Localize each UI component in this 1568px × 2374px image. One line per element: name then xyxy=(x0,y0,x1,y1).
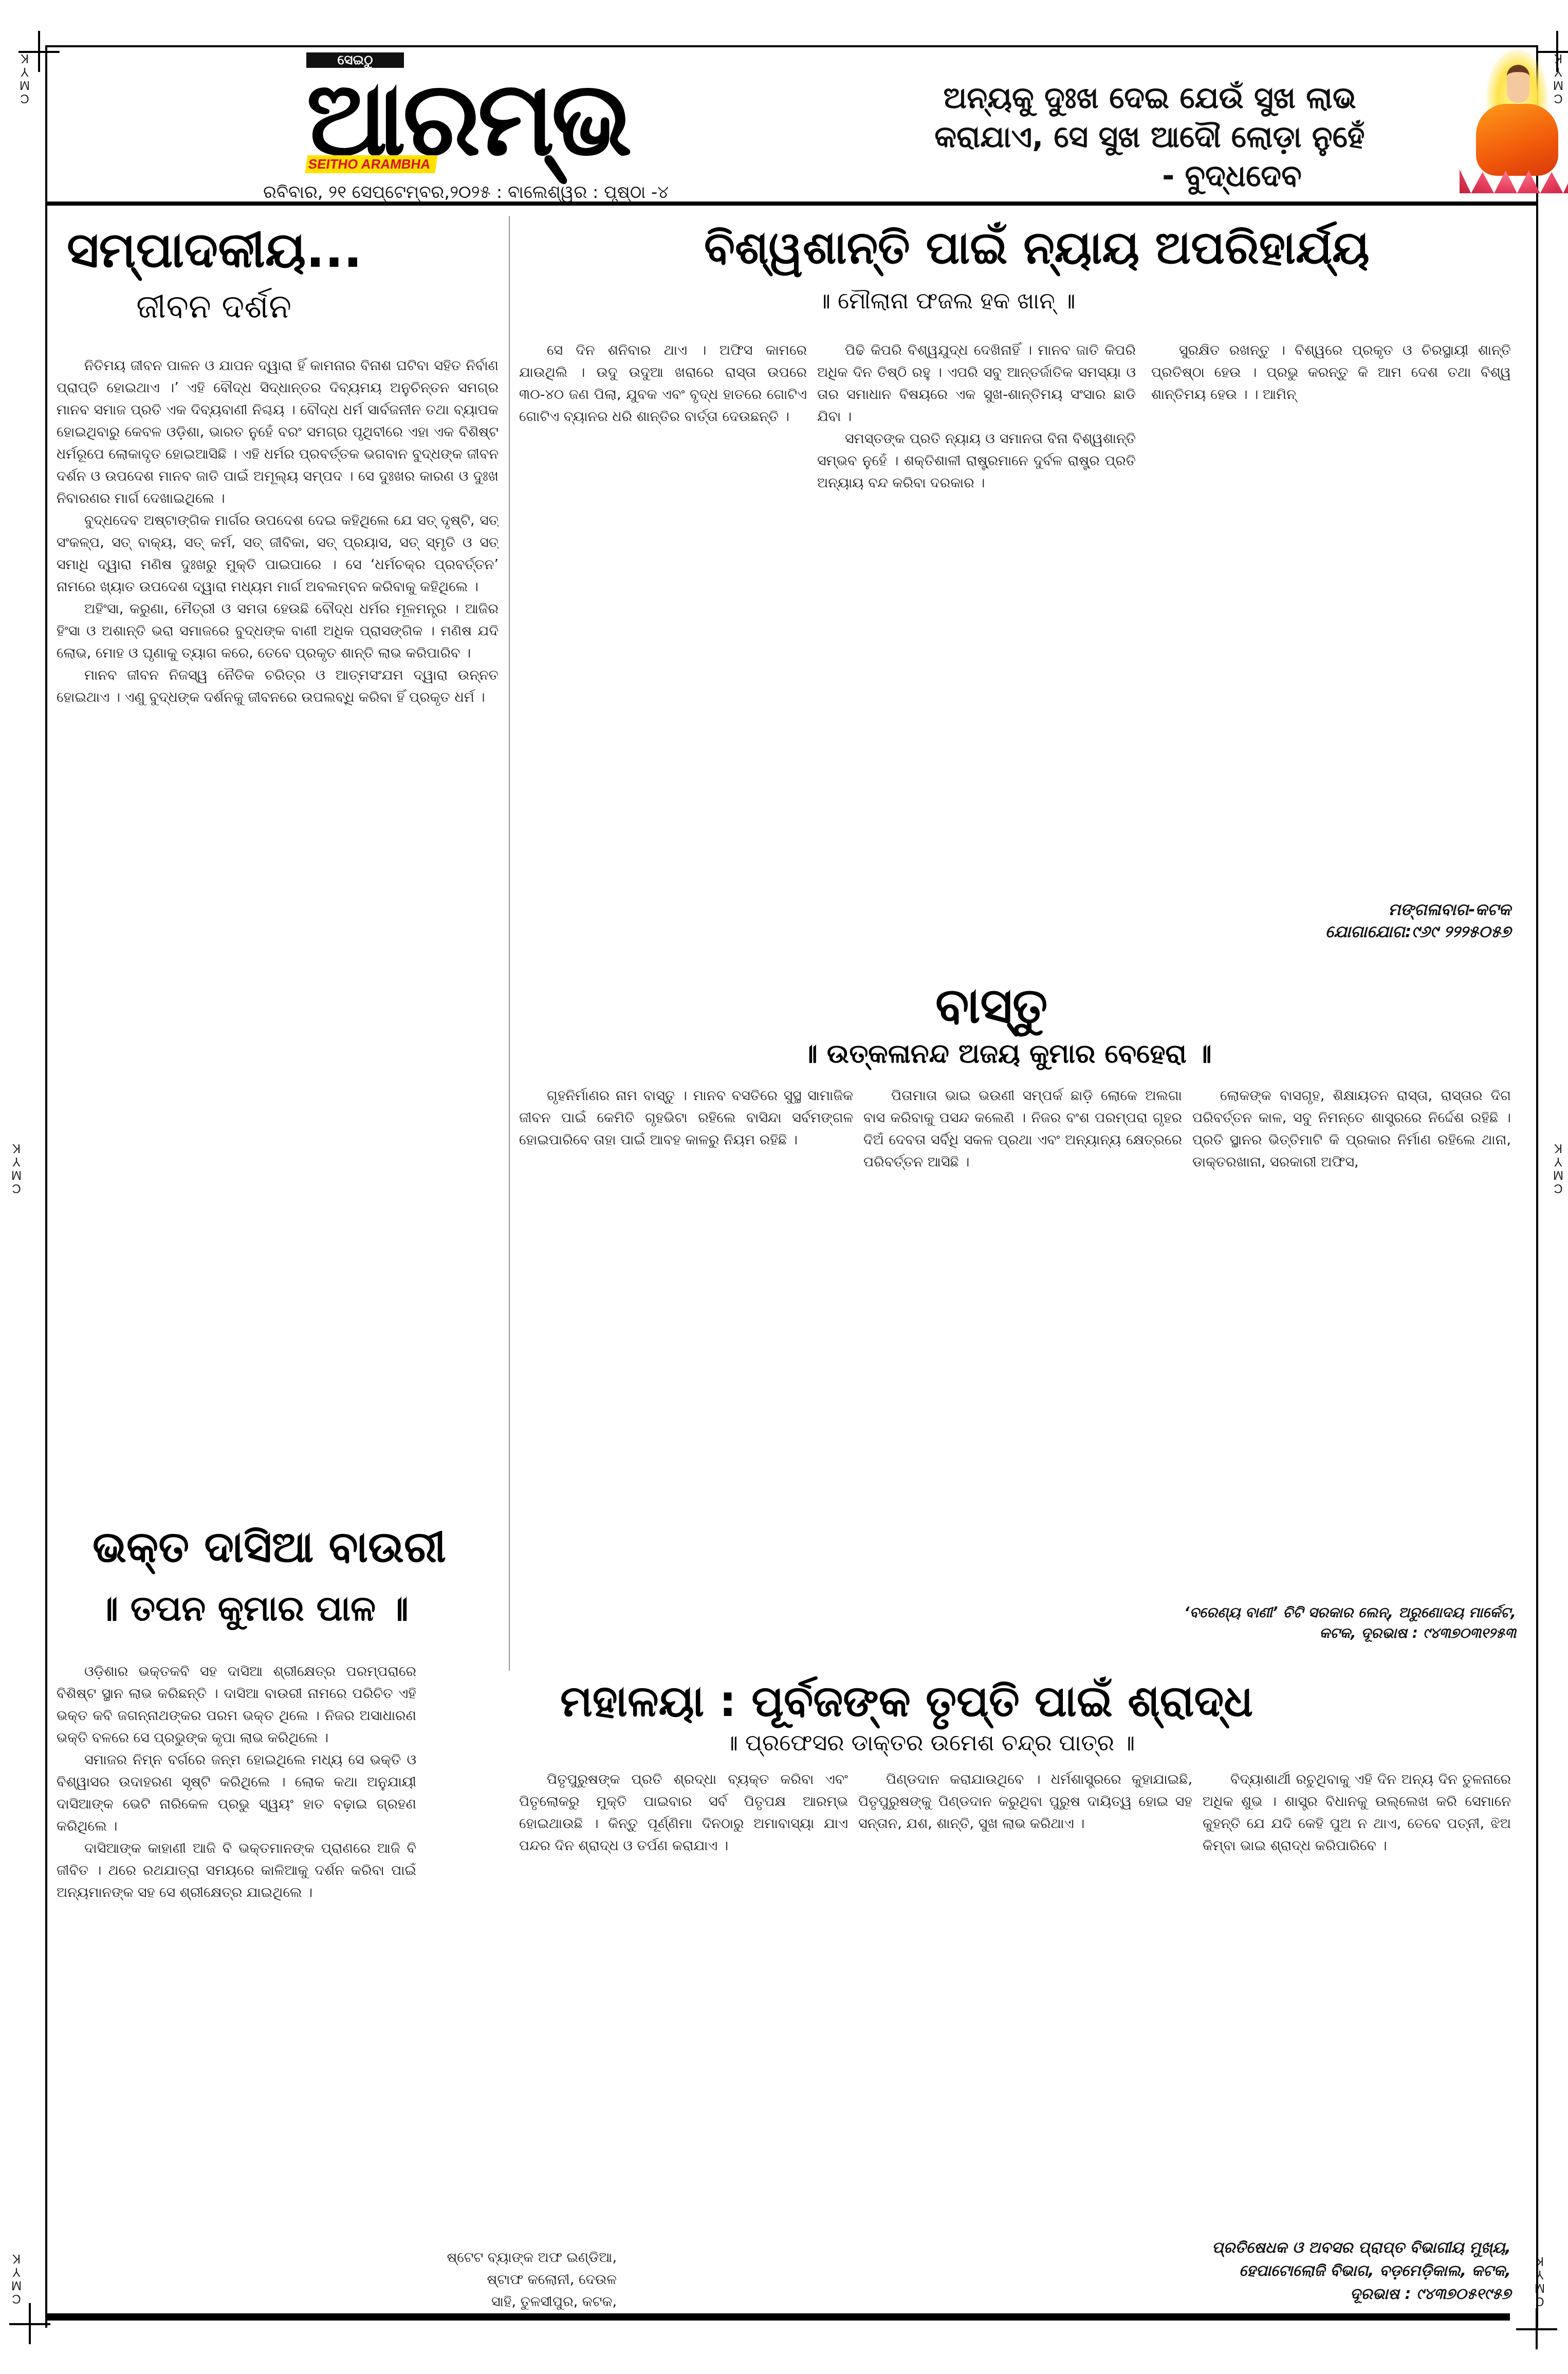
buddha-quote: ଅନ୍ୟକୁ ଦୁଃଖ ଦେଇ ଯେଉଁ ସୁଖ ଲାଭ କରାଯାଏ, ସେ … xyxy=(890,78,1409,195)
article-body-vastu-col3: ଲୋକଙ୍କ ବାସଗୃହ, ଶିକ୍ଷାୟତନ ରାସ୍ତା, ରାସ୍ତାର… xyxy=(1192,1085,1511,1594)
logo-english: SEITHO ARAMBHA xyxy=(305,155,438,173)
article-title-vastu: ବାସ୍ତୁ xyxy=(935,977,1047,1035)
editorial-body: ନିତିମୟ ଜୀବନ ପାଳନ ଓ ଯାପନ ଦ୍ୱାରା ହିଁ କାମନା… xyxy=(57,355,499,1491)
mahalaya-signature-title: ପ୍ରତିଷେଧକ ଓ ଅବସର ପ୍ରାପ୍ତ ବିଭାଗୀୟ ମୁଖ୍ୟ, xyxy=(1182,2239,1511,2257)
buddha-robe xyxy=(1476,104,1558,176)
section-title-editorial: ସମ୍ପାଦକୀୟ... xyxy=(67,221,362,280)
article-body-peace-col3: ସୁରକ୍ଷିତ ରଖନ୍ତୁ । ବିଶ୍ୱରେ ପ୍ରକୃତ ଓ ଚିରସ୍… xyxy=(1151,339,1511,889)
peace-signature-place: ମଙ୍ଗଳାବାଗ-କଟକ xyxy=(1233,900,1511,920)
article-paragraph: ପିଢି କିପରି ବିଶ୍ୱଯୁଦ୍ଧ ଦେଖିନାହିଁ । ମାନବ ଜ… xyxy=(817,339,1136,428)
peace-signature-contact: ଯୋଗାଯୋଗ:୯୬୯ ୨୨୨୫୦୫୭ xyxy=(1233,922,1511,942)
article-body-bhakta: ଓଡ଼ିଶାର ଭକ୍ତକବି ସହ ଦାସିଆ ଶ୍ରୀକ୍ଷେତ୍ର ପରମ… xyxy=(57,1660,416,2293)
vastu-signature-contact: କଟକ, ଦୂରଭାଷ : ୯୪୩୭୦୩୧୨୫୩ xyxy=(1146,1624,1516,1642)
article-paragraph: ଗୃହନିର୍ମାଣର ନାମ ବାସ୍ତୁ । ମାନବ ବସତିରେ ସୁସ… xyxy=(519,1085,853,1151)
article-byline-peace: ॥ ମୌଲାନା ଫଜଲ ହକ ଖାନ୍ ॥ xyxy=(817,288,1076,314)
article-body-mahalaya-col3: ବିଦ୍ୟାଶାର୍ଥୀ ରଚୁଥିବାକୁ ଏହି ଦିନ ଅନ୍ୟ ଦିନ … xyxy=(1203,1768,1511,2231)
column-divider xyxy=(509,216,510,1671)
article-paragraph: ସେ ଦିନ ଶନିବାର ଥାଏ । ଅଫିସ କାମରେ ଯାଉଥିଲି ।… xyxy=(519,339,807,428)
article-title-peace: ବିଶ୍ୱଶାନ୍ତି ପାଇଁ ନ୍ୟାୟ ଅପରିହାର୍ଯ୍ୟ xyxy=(704,221,1370,275)
quote-line-1: ଅନ୍ୟକୁ ଦୁଃଖ ଦେଇ ଯେଉଁ ସୁଖ ଲାଭ xyxy=(890,78,1409,117)
article-title-mahalaya: ମହାଳୟା : ପୂର୍ବଜଙ୍କ ତୃପ୍ତି ପାଇଁ ଶ୍ରାଦ୍ଧ xyxy=(560,1676,1253,1727)
editorial-title: ଜୀବନ ଦର୍ଶନ xyxy=(136,288,291,326)
bottom-rule xyxy=(45,2313,1510,2321)
article-byline-bhakta: ॥ ତପନ କୁମାର ପାଳ ॥ xyxy=(98,1588,409,1630)
buddha-head xyxy=(1507,65,1529,103)
article-paragraph: ପିତାମାତା ଭାଇ ଭଉଣୀ ସମ୍ପର୍କ ଛାଡ଼ି ଲୋକେ ଅଲଗ… xyxy=(863,1085,1182,1173)
registration-mark-bottom-left xyxy=(9,2303,50,2344)
cmyk-label-bottom-left: CMYK xyxy=(10,2252,23,2305)
article-body-peace-col2: ପିଢି କିପରି ବିଶ୍ୱଯୁଦ୍ଧ ଦେଖିନାହିଁ । ମାନବ ଜ… xyxy=(817,339,1136,930)
article-paragraph: ବିଦ୍ୟାଶାର୍ଥୀ ରଚୁଥିବାକୁ ଏହି ଦିନ ଅନ୍ୟ ଦିନ … xyxy=(1203,1768,1511,1857)
dateline: ରବିବାର, ୨୧ ସେପ୍ଟେମ୍ବର,୨୦୨୫ : ବାଲେଶ୍ୱର : … xyxy=(263,182,669,203)
article-paragraph: ପିଣ୍ଡଦାନ କରାଯାଉଥିବେ । ଧର୍ମଶାସ୍ତ୍ରରେ କୁହା… xyxy=(858,1768,1192,1835)
article-body-vastu-col2: ପିତାମାତା ଭାଇ ଭଉଣୀ ସମ୍ପର୍କ ଛାଡ଼ି ଲୋକେ ଅଲଗ… xyxy=(863,1085,1182,1671)
masthead-rule xyxy=(47,202,1538,206)
article-paragraph: ସୁରକ୍ଷିତ ରଖନ୍ତୁ । ବିଶ୍ୱରେ ପ୍ରକୃତ ଓ ଚିରସ୍… xyxy=(1151,339,1511,406)
article-body-peace-col1: ସେ ଦିନ ଶନିବାର ଥାଏ । ଅଫିସ କାମରେ ଯାଉଥିଲି ।… xyxy=(519,339,807,930)
article-byline-mahalaya: ॥ ପ୍ରଫେସର ଡାକ୍ତର ଉମେଶ ଚନ୍ଦ୍ର ପାତ୍ର ॥ xyxy=(725,1730,1135,1756)
article-paragraph: ସମସ୍ତଙ୍କ ପ୍ରତି ନ୍ୟାୟ ଓ ସମାନତା ବିନା ବିଶ୍ୱ… xyxy=(817,428,1136,494)
article-body-mahalaya-col1: ପିତୃପୁରୁଷଙ୍କ ପ୍ରତି ଶ୍ରଦ୍ଧା ବ୍ୟକ୍ତ କରିବା … xyxy=(519,1768,848,2298)
article-paragraph: ଓଡ଼ିଶାର ଭକ୍ତକବି ସହ ଦାସିଆ ଶ୍ରୀକ୍ଷେତ୍ର ପରମ… xyxy=(57,1660,416,1749)
article-paragraph: ସମାଜର ନିମ୍ନ ବର୍ଗରେ ଜନ୍ମ ହୋଇଥିଲେ ମଧ୍ୟ ସେ … xyxy=(57,1749,416,1837)
quote-author: - ବୁଦ୍ଧଦେବ xyxy=(890,156,1409,195)
quote-line-2: କରାଯାଏ, ସେ ସୁଖ ଆଦୌ ଲୋଡ଼ା ନୁହେଁ xyxy=(890,117,1409,156)
mahalaya-signature-contact: ଦୂରଭାଷ : ୯୪୩୭୦୫୧୯୫୭ xyxy=(1182,2285,1511,2303)
article-paragraph: ଦାସିଆଙ୍କ କାହାଣୀ ଆଜି ବି ଭକ୍ତମାନଙ୍କ ପ୍ରାଣର… xyxy=(57,1837,416,1904)
masthead: ସେଇଠୁ ଆରମ୍ଭ SEITHO ARAMBHA ରବିବାର, ୨୧ ସେ… xyxy=(47,47,1538,202)
article-body-mahalaya-col2: ପିଣ୍ଡଦାନ କରାଯାଉଥିବେ । ଧର୍ମଶାସ୍ତ୍ରରେ କୁହା… xyxy=(858,1768,1192,2298)
article-title-bhakta: ଭକ୍ତ ଦାସିଆ ବାଉରୀ xyxy=(93,1522,446,1573)
article-paragraph: ପିତୃପୁରୁଷଙ୍କ ପ୍ରତି ଶ୍ରଦ୍ଧା ବ୍ୟକ୍ତ କରିବା … xyxy=(519,1768,848,1857)
editorial-paragraph: ନିତିମୟ ଜୀବନ ପାଳନ ଓ ଯାପନ ଦ୍ୱାରା ହିଁ କାମନା… xyxy=(57,355,499,509)
article-body-vastu-col1: ଗୃହନିର୍ମାଣର ନାମ ବାସ୍ତୁ । ମାନବ ବସତିରେ ସୁସ… xyxy=(519,1085,853,1671)
vastu-signature-address: ‘ବରେଣ୍ୟ ବାଣୀ’ ଚିଟି ସରକାର ଲେନ୍, ଅରୁଣୋଦୟ ମ… xyxy=(1146,1604,1516,1621)
cmyk-label-mid-left: CMYK xyxy=(10,1141,23,1195)
editorial-paragraph: ଅହିଂସା, କରୁଣା, ମୈତ୍ରୀ ଓ ସମତା ହେଉଛି ବୌଦ୍ଧ… xyxy=(57,598,499,664)
cmyk-label-mid-right: CMYK xyxy=(1552,1141,1564,1195)
editorial-paragraph: ବୁଦ୍ଧଦେବ ଅଷ୍ଟାଙ୍ଗିକ ମାର୍ଗର ଉପଦେଶ ଦେଇ କହି… xyxy=(57,509,499,598)
editorial-paragraph: ମାନବ ଜୀବନ ନିଜସ୍ୱ ନୈତିକ ଚରିତ୍ର ଓ ଆତ୍ମସଂଯମ… xyxy=(57,664,499,708)
cmyk-label-top-left: CMYK xyxy=(19,51,31,105)
mahalaya-signature-dept: ହେପାଟୋଲୋଜି ବିଭାଗ, ବଡ଼ମେଡ଼ିକାଲ, କଟକ, xyxy=(1182,2262,1511,2280)
article-paragraph: ଲୋକଙ୍କ ବାସଗୃହ, ଶିକ୍ଷାୟତନ ରାସ୍ତା, ରାସ୍ତାର… xyxy=(1192,1085,1511,1173)
newspaper-logo: ସେଇଠୁ ଆରମ୍ଭ SEITHO ARAMBHA xyxy=(306,52,476,171)
buddha-image xyxy=(1455,47,1568,196)
article-byline-vastu: ॥ ଉତ୍କଳାନନ୍ଦ ଅଜୟ କୁମାର ବେହେରା ॥ xyxy=(802,1038,1212,1070)
